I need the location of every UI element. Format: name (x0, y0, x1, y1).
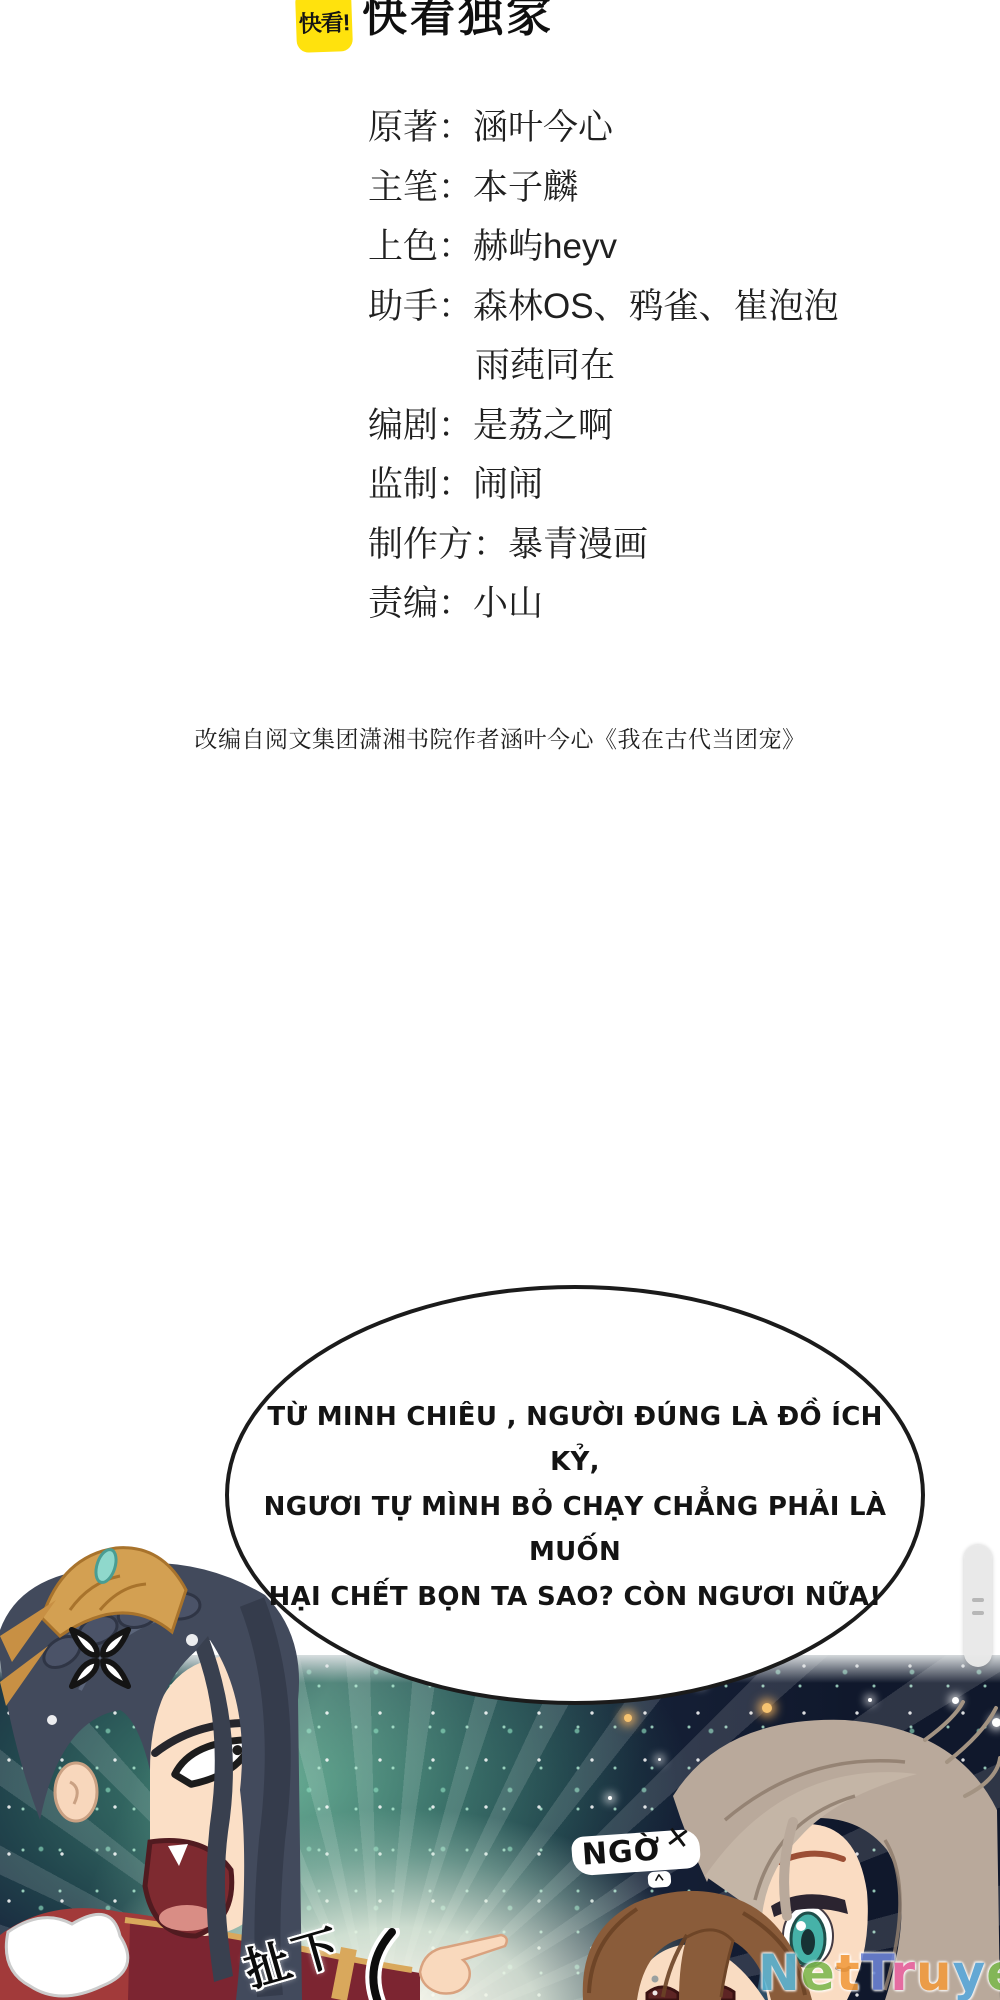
adaptation-note: 改编自阅文集团潇湘书院作者涵叶今心《我在古代当团宠》 (0, 723, 1000, 755)
credit-line-producer: 制作方：暴青漫画 (368, 515, 839, 575)
credit-value: 雨莼同在 (475, 346, 615, 385)
scrollbar-thumb[interactable] (964, 1545, 992, 1667)
credit-line-editor: 责编：小山 (368, 574, 839, 634)
credit-line-assistants: 助手：森林OS、鸦雀、崔泡泡 (368, 277, 839, 337)
bubble-line-3: HẠI CHẾT BỌN TA SAO? CÒN NGƯƠI NỮA! (255, 1575, 895, 1620)
credit-value: 小山 (473, 584, 543, 623)
credit-label: 上色： (368, 227, 473, 266)
scrollbar-grip-dash (972, 1598, 984, 1602)
nettruyen-watermark: NetTruyen (758, 1944, 1000, 2000)
comic-page: 快看! 快看独家 原著：涵叶今心 主笔：本子麟 上色：赫屿heyv 助手：森林O… (0, 0, 1000, 2000)
kuaikan-logo-badge: 快看! (295, 0, 353, 53)
credit-value: 涵叶今心 (473, 108, 613, 147)
credit-line-original-author: 原著：涵叶今心 (368, 98, 839, 158)
credit-label: 主笔： (368, 168, 473, 207)
kuaikan-exclusive-title: 快看独家 (362, 0, 554, 46)
credit-label: 编剧： (368, 406, 473, 445)
credit-line-lead-artist: 主笔：本子麟 (368, 158, 839, 218)
sfx-ngo-caret: ＾ (648, 1871, 672, 1889)
credit-label: 责编： (368, 584, 473, 623)
credit-label: 原著： (368, 108, 473, 147)
credit-value: 本子麟 (473, 168, 578, 207)
credit-label: 制作方： (368, 525, 508, 564)
credit-line-screenwriter: 编剧：是荔之啊 (368, 396, 839, 456)
sfx-x-mark: ✕ (663, 1820, 694, 1858)
credit-value: 森林OS、鸦雀、崔泡泡 (473, 287, 839, 326)
credit-value: 暴青漫画 (508, 525, 648, 564)
sfx-ngo-text: NGỜ (581, 1832, 662, 1872)
scrollbar-grip-dash (972, 1611, 984, 1615)
credit-value: 是荔之啊 (473, 406, 613, 445)
credit-label: 助手： (368, 287, 473, 326)
speech-bubble: TỪ MINH CHIÊU , NGƯỜI ĐÚNG LÀ ĐỒ ÍCH KỶ,… (225, 1285, 925, 1705)
credits-block: 原著：涵叶今心 主笔：本子麟 上色：赫屿heyv 助手：森林OS、鸦雀、崔泡泡 … (368, 98, 839, 634)
bubble-line-1: TỪ MINH CHIÊU , NGƯỜI ĐÚNG LÀ ĐỒ ÍCH KỶ, (255, 1395, 895, 1485)
credit-label: 监制： (368, 465, 473, 504)
sfx-brush-stroke (358, 1928, 404, 2000)
credit-value: 赫屿heyv (473, 227, 617, 266)
kuaikan-logo-text: 快看! (298, 4, 350, 39)
credit-value: 闹闹 (473, 465, 543, 504)
credit-line-assistants-2: 雨莼同在 (368, 336, 839, 396)
speech-bubble-text: TỪ MINH CHIÊU , NGƯỜI ĐÚNG LÀ ĐỒ ÍCH KỶ,… (255, 1395, 895, 1620)
credit-line-supervisor: 监制：闹闹 (368, 455, 839, 515)
bubble-line-2: NGƯƠI TỰ MÌNH BỎ CHẠY CHẲNG PHẢI LÀ MUỐN (255, 1485, 895, 1575)
credit-line-colorist: 上色：赫屿heyv (368, 217, 839, 277)
